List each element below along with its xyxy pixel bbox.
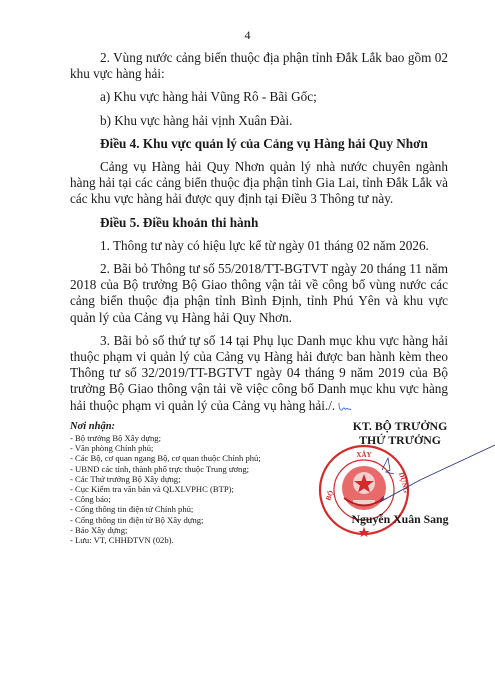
article-4-body: Cảng vụ Hàng hải Quy Nhơn quản lý nhà nư… <box>70 159 448 208</box>
article-5-heading: Điều 5. Điều khoản thi hành <box>70 215 448 231</box>
recipient-item: - Các Thứ trưởng Bộ Xây dựng; <box>70 474 290 484</box>
paragraph-b-xuan-dai: b) Khu vực hàng hải vịnh Xuân Đài. <box>70 113 448 129</box>
article-5-clause-3-text: 3. Bãi bỏ số thứ tự số 14 tại Phụ lục Da… <box>70 333 448 413</box>
initials-mark-icon <box>338 402 352 412</box>
paragraph-2-water-area: 2. Vùng nước cảng biển thuộc địa phận tỉ… <box>70 50 448 82</box>
recipient-item: - Cục Kiểm tra văn bản và QLXLVPHC (BTP)… <box>70 484 290 494</box>
document-body: 2. Vùng nước cảng biển thuộc địa phận tỉ… <box>70 50 448 421</box>
recipient-item: - Lưu: VT, CHHĐTVN (02b). <box>70 535 290 545</box>
paragraph-a-vung-ro: a) Khu vực hàng hải Vũng Rô - Bãi Gốc; <box>70 89 448 105</box>
recipient-item: - Cổng thông tin điện tử Chính phủ; <box>70 504 290 514</box>
recipient-item: - UBND các tỉnh, thành phố trực thuộc Tr… <box>70 464 290 474</box>
signature-title-line1: KT. BỘ TRƯỞNG <box>320 419 480 433</box>
article-5-clause-1: 1. Thông tư này có hiệu lực kể từ ngày 0… <box>70 238 448 254</box>
recipients-block: Nơi nhận: - Bộ trưởng Bộ Xây dựng; - Văn… <box>70 421 290 545</box>
article-5-clause-2: 2. Bãi bỏ Thông tư số 55/2018/TT-BGTVT n… <box>70 261 448 326</box>
recipient-item: - Bộ trưởng Bộ Xây dựng; <box>70 433 290 443</box>
article-4-heading: Điều 4. Khu vực quản lý của Cảng vụ Hàng… <box>70 136 448 152</box>
recipient-item: - Báo Xây dựng; <box>70 525 290 535</box>
recipients-list: - Bộ trưởng Bộ Xây dựng; - Văn phòng Chí… <box>70 433 290 545</box>
page-number: 4 <box>0 28 495 43</box>
recipient-item: - Cổng thông tin điện tử Bộ Xây dựng; <box>70 515 290 525</box>
article-5-clause-3: 3. Bãi bỏ số thứ tự số 14 tại Phụ lục Da… <box>70 333 448 414</box>
recipient-item: - Công báo; <box>70 494 290 504</box>
handwritten-signature-icon <box>360 440 495 505</box>
recipient-item: - Các Bộ, cơ quan ngang Bộ, cơ quan thuộ… <box>70 453 290 463</box>
recipients-label: Nơi nhận: <box>70 421 290 433</box>
signer-name: Nguyễn Xuân Sang <box>300 512 495 527</box>
recipient-item: - Văn phòng Chính phủ; <box>70 443 290 453</box>
